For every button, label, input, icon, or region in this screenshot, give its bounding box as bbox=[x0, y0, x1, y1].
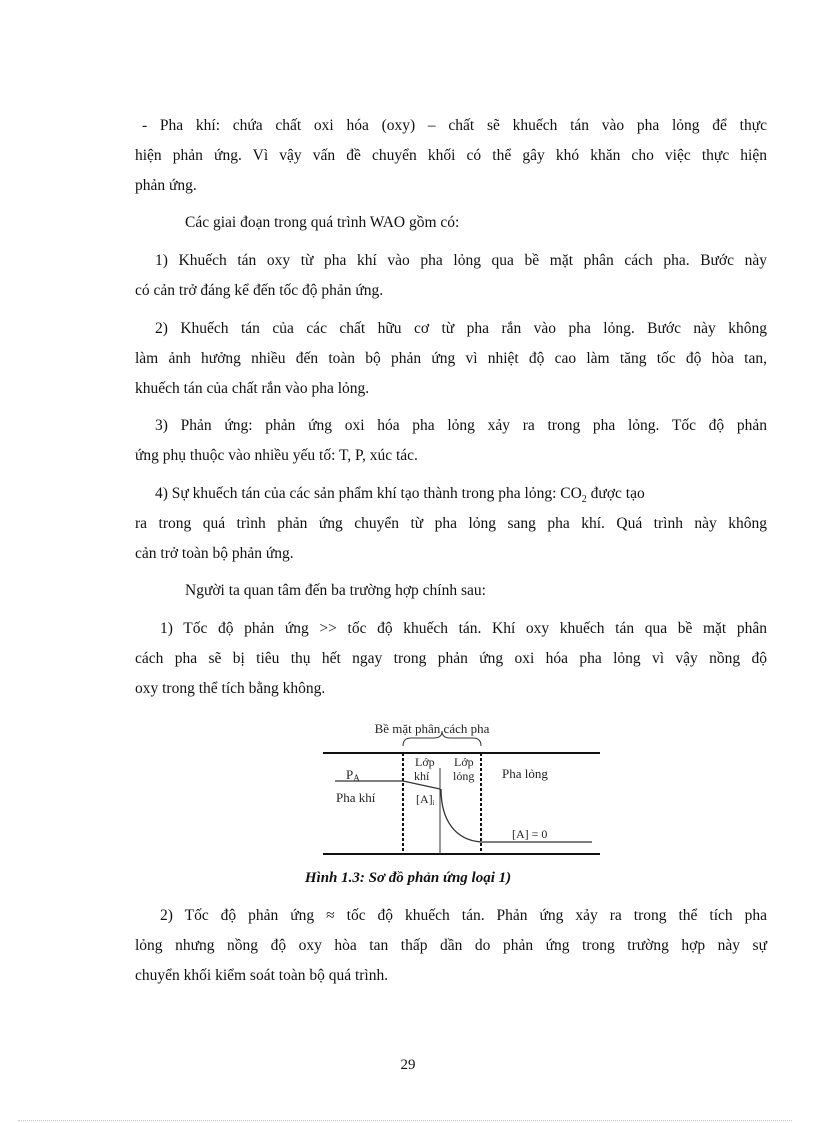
gas-phase-label: Pha khí bbox=[336, 790, 376, 805]
gas-film-label-2: khí bbox=[414, 769, 430, 783]
ai-label: [A]i bbox=[416, 792, 435, 807]
gas-film-label-1: Lớp bbox=[415, 755, 435, 769]
liquid-phase-label: Pha lỏng bbox=[502, 766, 548, 781]
pa-label: PA bbox=[346, 767, 360, 783]
bulk-concentration-label: [A] = 0 bbox=[512, 827, 547, 841]
case2-line3: chuyển khối kiểm soát toàn bộ quá trình. bbox=[135, 967, 388, 985]
page-number: 29 bbox=[0, 1057, 816, 1074]
case2-line1: 2) Tốc độ phản ứng ≈ tốc độ khuếch tán. … bbox=[160, 907, 767, 925]
figure-caption: Hình 1.3: Sơ đồ phản ứng loại 1) bbox=[0, 870, 816, 887]
liquid-film-label-2: lỏng bbox=[453, 769, 474, 783]
liquid-film-label-1: Lớp bbox=[454, 755, 474, 769]
interface-label: Bề mặt phân cách pha bbox=[375, 721, 490, 736]
case2-line2: lỏng nhưng nồng độ oxy hòa tan thấp dần … bbox=[135, 937, 767, 955]
page-break-divider bbox=[18, 1120, 792, 1121]
